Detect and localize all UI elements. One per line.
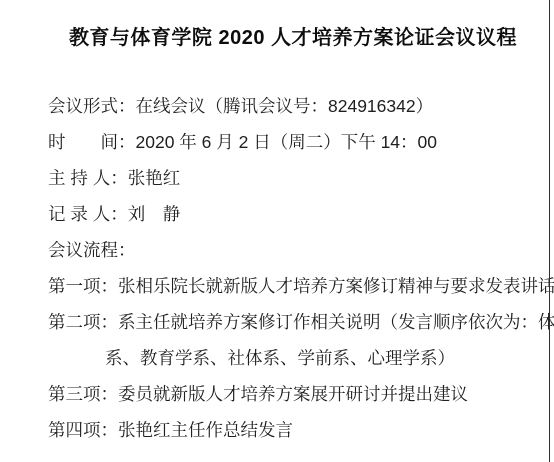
- document-title: 教育与体育学院 2020 人才培养方案论证会议议程: [48, 24, 538, 52]
- meeting-recorder-line: 记 录 人：刘 静: [48, 196, 554, 232]
- agenda-item-3: 第三项：委员就新版人才培养方案展开研讨并提出建议: [48, 376, 554, 412]
- agenda-item-4: 第四项：张艳红主任作总结发言: [48, 412, 554, 448]
- meeting-time-line: 时 间：2020 年 6 月 2 日（周二）下午 14：00: [48, 124, 554, 160]
- agenda-item-1: 第一项：张相乐院长就新版人才培养方案修订精神与要求发表讲话: [48, 268, 554, 304]
- document-page: 教育与体育学院 2020 人才培养方案论证会议议程 会议形式：在线会议（腾讯会议…: [0, 0, 554, 462]
- document-body: 会议形式：在线会议（腾讯会议号：824916342） 时 间：2020 年 6 …: [48, 88, 554, 448]
- meeting-host-line: 主 持 人：张艳红: [48, 160, 554, 196]
- agenda-section-heading: 会议流程：: [48, 232, 554, 268]
- agenda-item-2-continuation: 系、教育学系、社体系、学前系、心理学系）: [48, 340, 554, 376]
- agenda-item-2: 第二项：系主任就培养方案修订作相关说明（发言顺序依次为：体教: [48, 304, 554, 340]
- page-right-border: [549, 0, 550, 462]
- meeting-format-line: 会议形式：在线会议（腾讯会议号：824916342）: [48, 88, 554, 124]
